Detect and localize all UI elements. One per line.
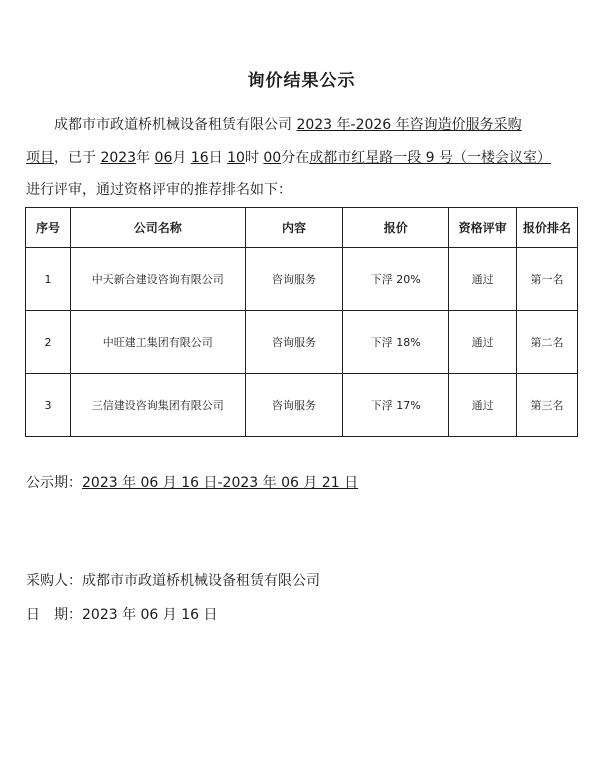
header-qualification: 资格评审: [449, 208, 517, 248]
date-label: 日 期：: [26, 607, 82, 623]
text-already: ，已于: [54, 150, 96, 166]
year-label: 年: [136, 150, 150, 166]
cell-qualification: 通过: [449, 248, 517, 311]
announcement-date: 日 期：2023 年 06 月 16 日: [26, 605, 218, 625]
intro-line-3: 进行评审，通过资格评审的推荐排名如下：: [26, 180, 578, 200]
review-month: 06: [155, 150, 173, 166]
project-name-part2: 项目: [26, 150, 54, 166]
table-row: 2 中旺建工集团有限公司 咨询服务 下浮 18% 通过 第二名: [26, 311, 578, 374]
header-company: 公司名称: [70, 208, 245, 248]
cell-content: 咨询服务: [245, 374, 343, 437]
cell-index: 1: [26, 248, 71, 311]
cell-quote: 下浮 17%: [343, 374, 449, 437]
review-hour: 10: [227, 150, 245, 166]
cell-quote: 下浮 18%: [343, 311, 449, 374]
header-index: 序号: [26, 208, 71, 248]
table-header-row: 序号 公司名称 内容 报价 资格评审 报价排名: [26, 208, 578, 248]
cell-content: 咨询服务: [245, 248, 343, 311]
ranking-table: 序号 公司名称 内容 报价 资格评审 报价排名 1 中天新合建设咨询有限公司 咨…: [25, 207, 578, 437]
header-content: 内容: [245, 208, 343, 248]
header-rank: 报价排名: [517, 208, 578, 248]
hour-label: 时: [245, 150, 259, 166]
purchaser-label: 采购人：: [26, 573, 82, 589]
date-value: 2023 年 06 月 16 日: [82, 607, 218, 623]
cell-index: 2: [26, 311, 71, 374]
cell-company: 中旺建工集团有限公司: [70, 311, 245, 374]
publicity-dates: 2023 年 06 月 16 日-2023 年 06 月 21 日: [82, 475, 358, 491]
cell-rank: 第三名: [517, 374, 578, 437]
cell-company: 三信建设咨询集团有限公司: [70, 374, 245, 437]
cell-quote: 下浮 20%: [343, 248, 449, 311]
review-minute: 00: [263, 150, 281, 166]
cell-index: 3: [26, 374, 71, 437]
publicity-label: 公示期：: [26, 475, 82, 491]
cell-content: 咨询服务: [245, 311, 343, 374]
cell-company: 中天新合建设咨询有限公司: [70, 248, 245, 311]
table-row: 1 中天新合建设咨询有限公司 咨询服务 下浮 20% 通过 第一名: [26, 248, 578, 311]
project-name-part1: 2023 年-2026 年咨询造价服务采购: [296, 117, 521, 133]
header-quote: 报价: [343, 208, 449, 248]
page-title: 询价结果公示: [0, 66, 603, 91]
cell-qualification: 通过: [449, 311, 517, 374]
intro-line-2: 项目，已于 2023年 06月 16日 10时 00分在成都市红星路一段 9 号…: [26, 148, 578, 168]
intro-line-1: 成都市市政道桥机械设备租赁有限公司 2023 年-2026 年咨询造价服务采购: [26, 115, 578, 135]
purchaser: 采购人：成都市市政道桥机械设备租赁有限公司: [26, 571, 320, 591]
minute-label: 分在: [281, 150, 309, 166]
table-row: 3 三信建设咨询集团有限公司 咨询服务 下浮 17% 通过 第三名: [26, 374, 578, 437]
cell-rank: 第二名: [517, 311, 578, 374]
buyer-name: 成都市市政道桥机械设备租赁有限公司: [26, 117, 292, 133]
cell-rank: 第一名: [517, 248, 578, 311]
month-label: 月: [172, 150, 186, 166]
review-year: 2023: [100, 150, 136, 166]
cell-qualification: 通过: [449, 374, 517, 437]
review-location: 成都市红星路一段 9 号（一楼会议室）: [309, 150, 551, 166]
publicity-period: 公示期：2023 年 06 月 16 日-2023 年 06 月 21 日: [26, 473, 358, 493]
purchaser-name: 成都市市政道桥机械设备租赁有限公司: [82, 573, 320, 589]
review-day: 16: [191, 150, 209, 166]
day-label: 日: [209, 150, 223, 166]
